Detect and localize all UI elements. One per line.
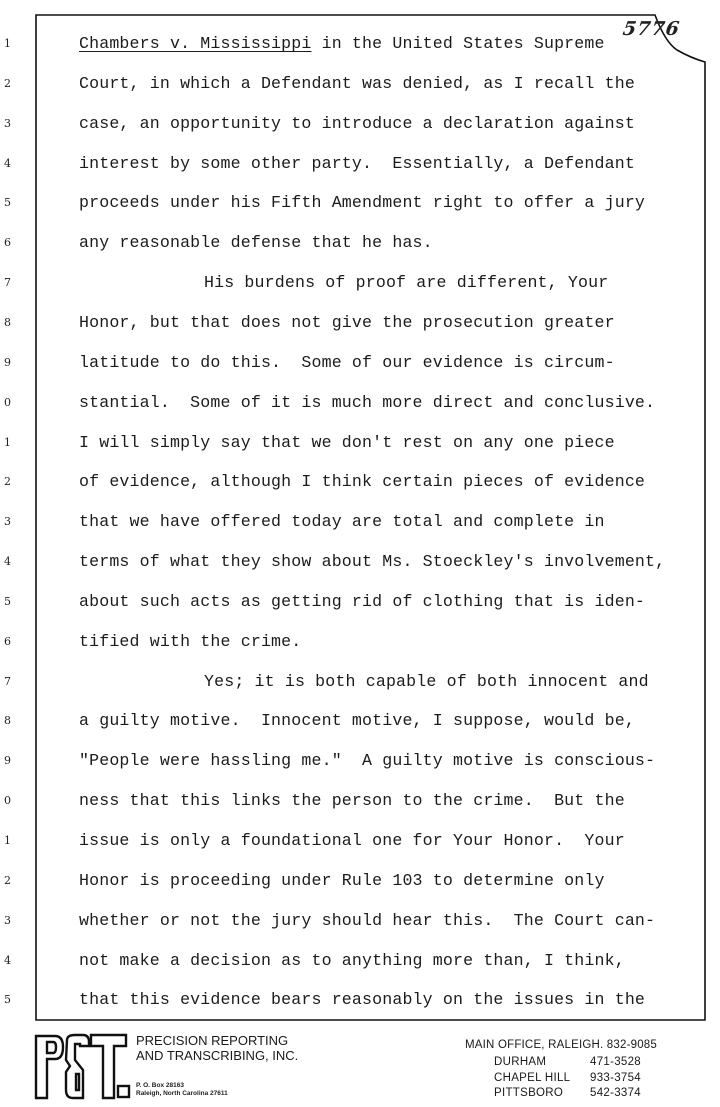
transcript-line: Honor, but that does not give the prosec… [79, 313, 615, 332]
line-number: 6 [0, 635, 11, 648]
line-number: 6 [0, 236, 11, 249]
transcript-line: Yes; it is both capable of both innocent… [204, 672, 649, 691]
case-citation: Chambers v. Mississippi [79, 34, 311, 53]
branch-offices: DURHAM471-3528CHAPEL HILL933-3754PITTSBO… [494, 1055, 641, 1102]
transcript-line: of evidence, although I think certain pi… [79, 472, 645, 491]
company-name: PRECISION REPORTING AND TRANSCRIBING, IN… [136, 1033, 298, 1063]
line-number: 4 [0, 157, 11, 170]
line-number: 1 [0, 37, 11, 50]
branch-phone: 471-3528 [590, 1055, 641, 1071]
transcript-line: Court, in which a Defendant was denied, … [79, 74, 635, 93]
transcript-page: 5776 1234567890123456789012345 Chambers … [0, 0, 720, 1107]
transcript-line: ness that this links the person to the c… [79, 791, 625, 810]
line-number: 9 [0, 356, 11, 369]
branch-office-row: PITTSBORO542-3374 [494, 1086, 641, 1102]
transcript-line: His burdens of proof are different, Your [204, 273, 608, 292]
branch-city: CHAPEL HILL [494, 1071, 590, 1087]
line-number: 0 [0, 794, 11, 807]
transcript-line: issue is only a foundational one for You… [79, 831, 625, 850]
line-number: 3 [0, 914, 11, 927]
branch-office-row: CHAPEL HILL933-3754 [494, 1071, 641, 1087]
transcript-line: case, an opportunity to introduce a decl… [79, 114, 635, 133]
line-number: 1 [0, 834, 11, 847]
line-number: 1 [0, 436, 11, 449]
line-number: 2 [0, 77, 11, 90]
branch-phone: 933-3754 [590, 1071, 641, 1087]
line-number: 5 [0, 196, 11, 209]
line-number: 3 [0, 117, 11, 130]
branch-city: DURHAM [494, 1055, 590, 1071]
line-number: 2 [0, 475, 11, 488]
branch-city: PITTSBORO [494, 1086, 590, 1102]
transcript-line: Honor is proceeding under Rule 103 to de… [79, 871, 605, 890]
transcript-line: not make a decision as to anything more … [79, 951, 625, 970]
line-number: 2 [0, 874, 11, 887]
transcript-line: latitude to do this. Some of our evidenc… [79, 353, 615, 372]
transcript-line: that this evidence bears reasonably on t… [79, 990, 645, 1009]
transcript-line: Chambers v. Mississippi in the United St… [79, 34, 605, 53]
footer: PRECISION REPORTING AND TRANSCRIBING, IN… [0, 1028, 720, 1107]
transcript-line: any reasonable defense that he has. [79, 233, 433, 252]
transcript-line: a guilty motive. Innocent motive, I supp… [79, 711, 635, 730]
line-number: 8 [0, 316, 11, 329]
transcript-line: interest by some other party. Essentiall… [79, 154, 635, 173]
transcript-line: stantial. Some of it is much more direct… [79, 393, 655, 412]
line-number: 5 [0, 993, 11, 1006]
line-number: 7 [0, 276, 11, 289]
transcript-line: proceeds under his Fifth Amendment right… [79, 193, 645, 212]
company-address: P. O. Box 28163 Raleigh, North Carolina … [136, 1082, 228, 1098]
transcript-line: whether or not the jury should hear this… [79, 911, 655, 930]
line-number: 9 [0, 754, 11, 767]
branch-office-row: DURHAM471-3528 [494, 1055, 641, 1071]
line-number: 0 [0, 396, 11, 409]
line-number: 3 [0, 515, 11, 528]
transcript-line: terms of what they show about Ms. Stoeck… [79, 552, 665, 571]
transcript-line: I will simply say that we don't rest on … [79, 433, 615, 452]
transcript-line: about such acts as getting rid of clothi… [79, 592, 645, 611]
line-number: 5 [0, 595, 11, 608]
main-office-phone: MAIN OFFICE, RALEIGH. 832-9085 [465, 1039, 657, 1051]
handwritten-page-number: 5776 [621, 18, 681, 40]
transcript-line: "People were hassling me." A guilty moti… [79, 751, 655, 770]
line-number: 4 [0, 954, 11, 967]
transcript-line: tified with the crime. [79, 632, 301, 651]
transcript-line: that we have offered today are total and… [79, 512, 605, 531]
branch-phone: 542-3374 [590, 1086, 641, 1102]
precision-reporting-logo-icon [33, 1032, 133, 1102]
line-number: 4 [0, 555, 11, 568]
line-number: 7 [0, 675, 11, 688]
line-number: 8 [0, 714, 11, 727]
